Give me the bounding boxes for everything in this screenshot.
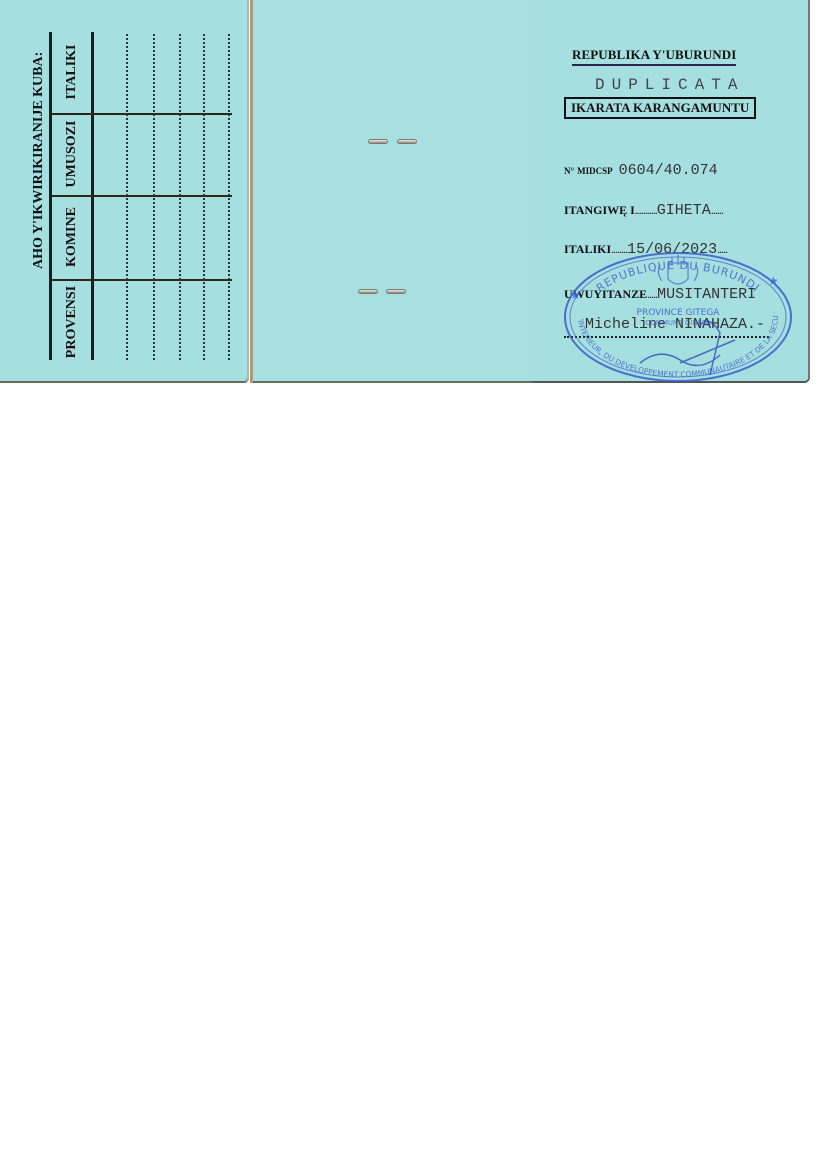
signatory-field: UWUYITANZE.....MUSITANTERI	[564, 286, 756, 303]
duplicata-mark: DUPLICATA	[595, 76, 744, 94]
signature-line	[564, 336, 769, 338]
id-card: AHO Y'IKWIRIKIRANIJE KUBA: ITALIKI UMUSO…	[0, 0, 810, 385]
staple-icon	[359, 290, 377, 293]
entry-row-4	[203, 34, 205, 360]
column-header-italiki: ITALIKI	[64, 32, 80, 112]
signatory-name: Micheline NINAHAZA.-	[585, 316, 765, 333]
card-number-value: 0604/40.074	[619, 162, 718, 179]
card-number-field: N° MIDCSP 0604/40.074	[564, 162, 718, 179]
entry-row-2	[153, 34, 155, 360]
issued-at-value: GIHETA	[657, 202, 711, 219]
card-title: IKARATA KARANGAMUNTU	[564, 97, 756, 119]
column-header-umusozi: UMUSOZI	[64, 114, 80, 194]
entry-row-5	[228, 34, 230, 360]
staple-icon	[369, 140, 387, 143]
entry-row-3	[179, 34, 181, 360]
staple-icon	[398, 140, 416, 143]
entry-row-1	[126, 34, 128, 360]
column-header-komine: KOMINE	[64, 197, 80, 277]
staple-icon	[387, 290, 405, 293]
date-value: 15/06/2023	[627, 241, 717, 258]
republic-heading: REPUBLIKA Y'UBURUNDI	[572, 47, 736, 66]
issued-at-field: ITANGIWĘ I...........GIHETA......	[564, 202, 723, 219]
column-divider-3	[52, 279, 232, 281]
date-field: ITALIKI........15/06/2023.....	[564, 241, 727, 258]
signatory-title-value: MUSITANTERI	[657, 286, 756, 303]
residence-table-title: AHO Y'IKWIRIKIRANIJE KUBA:	[31, 69, 49, 269]
middle-panel-spine	[250, 0, 535, 383]
column-header-provensi: PROVENSI	[64, 282, 80, 362]
